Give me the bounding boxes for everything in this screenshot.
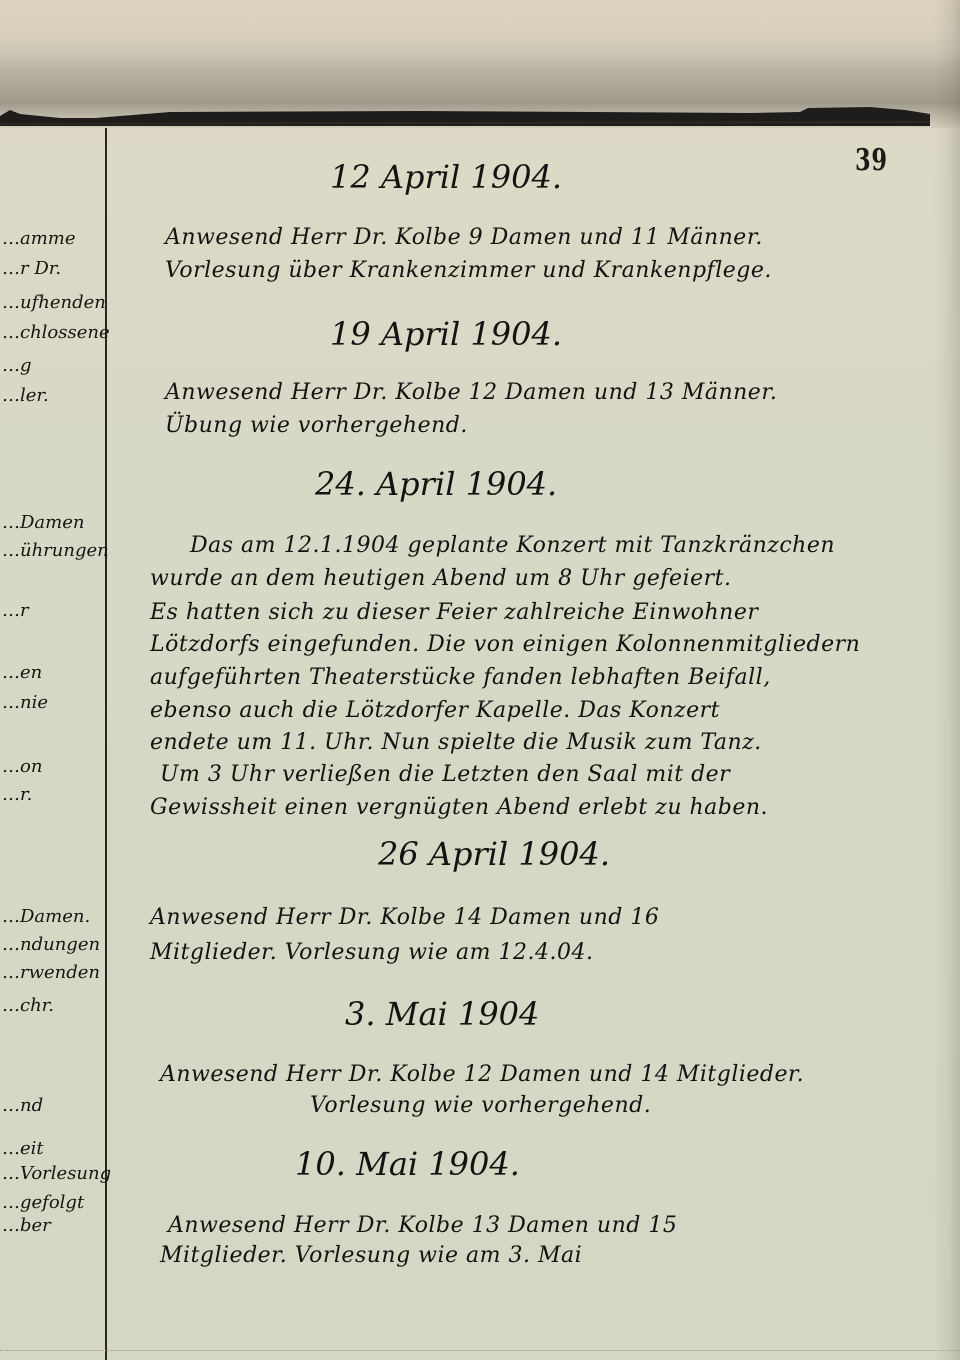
entry-line: Mitglieder. Vorlesung wie am 12.4.04.	[150, 940, 593, 965]
margin-fragment: …gefolgt	[2, 1192, 84, 1213]
entry-date: 19 April 1904.	[330, 315, 562, 353]
margin-fragment: …Damen.	[2, 906, 90, 927]
margin-fragment: …r.	[2, 784, 32, 805]
ledger-page: 39 …amme …r Dr. …ufhenden …chlossene …g …	[0, 0, 960, 1360]
entry-line: Vorlesung wie vorhergehend.	[310, 1093, 651, 1118]
entry-line: Gewissheit einen vergnügten Abend erlebt…	[150, 795, 768, 820]
entry-line: Vorlesung über Krankenzimmer und Kranken…	[165, 258, 772, 283]
entry-line: Das am 12.1.1904 geplante Konzert mit Ta…	[190, 533, 835, 558]
entry-line: Anwesend Herr Dr. Kolbe 12 Damen und 13 …	[165, 380, 777, 405]
margin-fragment: …amme	[2, 228, 76, 249]
entry-line: Anwesend Herr Dr. Kolbe 14 Damen und 16	[150, 905, 659, 930]
margin-fragment: …chlossene	[2, 322, 110, 343]
margin-fragment: …en	[2, 662, 42, 683]
margin-fragment: …ührungen	[2, 540, 109, 561]
entry-date: 3. Mai 1904	[345, 995, 539, 1033]
margin-fragment: …chr.	[2, 995, 54, 1016]
page-binding-edge	[0, 104, 930, 126]
page-number: 39	[855, 143, 888, 178]
margin-fragment: …ler.	[2, 385, 49, 406]
entry-line: Es hatten sich zu dieser Feier zahlreich…	[150, 600, 758, 625]
entry-line: Lötzdorfs eingefunden. Die von einigen K…	[150, 632, 860, 657]
margin-fragment: …rwenden	[2, 962, 100, 983]
entry-line: aufgeführten Theaterstücke fanden lebhaf…	[150, 665, 771, 690]
entry-date: 10. Mai 1904.	[295, 1145, 520, 1183]
page-right-shadow	[934, 0, 960, 1360]
entry-line: Anwesend Herr Dr. Kolbe 13 Damen und 15	[168, 1213, 677, 1238]
entry-line: ebenso auch die Lötzdorfer Kapelle. Das …	[150, 698, 720, 723]
entry-date: 12 April 1904.	[330, 158, 562, 196]
margin-fragment: …Damen	[2, 512, 84, 533]
entry-line: Mitglieder. Vorlesung wie am 3. Mai	[160, 1243, 582, 1268]
margin-fragment: …r Dr.	[2, 258, 61, 279]
entry-line: Anwesend Herr Dr. Kolbe 12 Damen und 14 …	[160, 1062, 804, 1087]
margin-fragment: …ndungen	[2, 934, 100, 955]
margin-fragment: …on	[2, 756, 42, 777]
margin-fragment: …r	[2, 600, 29, 621]
margin-fragment: …Vorlesung	[2, 1163, 111, 1184]
margin-fragment: …ber	[2, 1215, 51, 1236]
entry-line: Übung wie vorhergehend.	[165, 413, 468, 438]
margin-fragment: …eit	[2, 1138, 44, 1159]
entry-line: Anwesend Herr Dr. Kolbe 9 Damen und 11 M…	[165, 225, 763, 250]
page-bottom-dotted-edge	[0, 1350, 960, 1353]
entry-line: Um 3 Uhr verließen die Letzten den Saal …	[160, 762, 730, 787]
margin-fragment: …ufhenden	[2, 292, 106, 313]
entry-line: endete um 11. Uhr. Nun spielte die Musik…	[150, 730, 762, 755]
margin-fragment: …g	[2, 355, 32, 376]
margin-fragment: …nie	[2, 692, 48, 713]
entry-line: wurde an dem heutigen Abend um 8 Uhr gef…	[150, 566, 732, 591]
entry-date: 24. April 1904.	[315, 465, 557, 503]
margin-fragment: …nd	[2, 1095, 43, 1116]
entry-date: 26 April 1904.	[378, 835, 610, 873]
